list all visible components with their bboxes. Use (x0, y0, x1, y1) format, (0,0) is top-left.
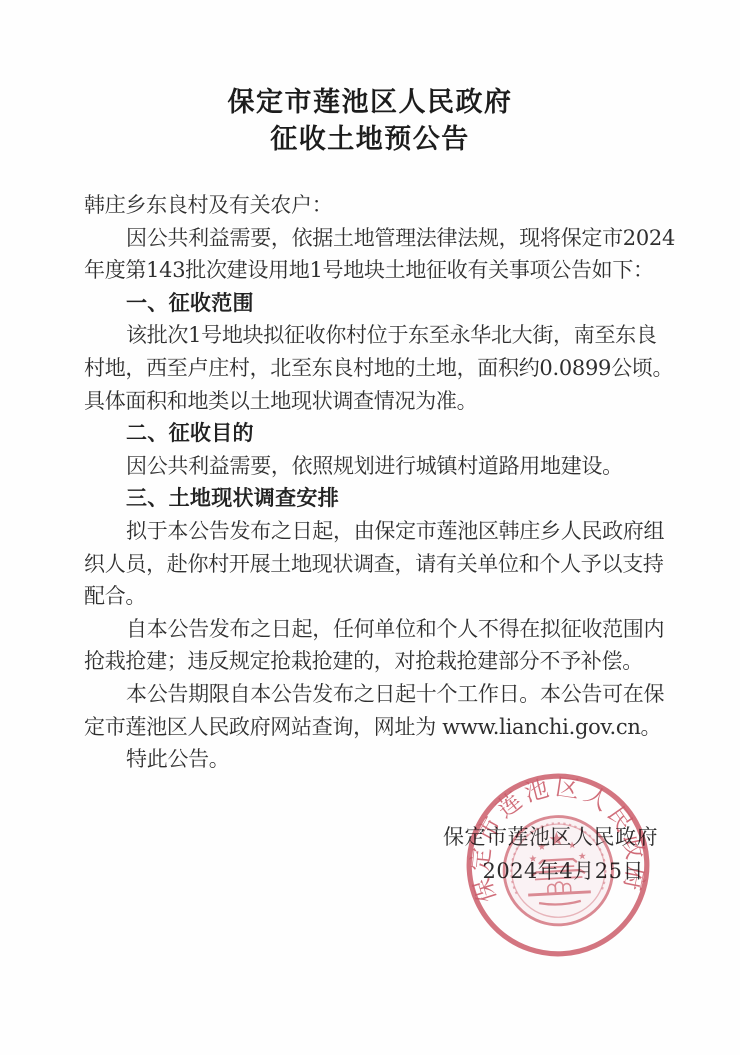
document-page: 保定市莲池区人民政府 征收土地预公告 韩庄乡东良村及有关农户： 因公共利益需要，… (0, 0, 740, 1055)
body-line: 织人员，赴你村开展土地现状调查，请有关单位和个人予以支持 (84, 548, 664, 581)
document-body: 韩庄乡东良村及有关农户： 因公共利益需要，依据土地管理法律法规，现将保定市202… (84, 189, 664, 776)
body-line: 特此公告。 (84, 743, 664, 776)
body-line: 拟于本公告发布之日起，由保定市莲池区韩庄乡人民政府组 (84, 515, 664, 548)
body-line: 具体面积和地类以土地现状调查情况为准。 (84, 385, 664, 418)
body-line: 因公共利益需要，依照规划进行城镇村道路用地建设。 (84, 450, 664, 483)
salutation-line: 韩庄乡东良村及有关农户： (84, 189, 664, 222)
section-heading: 三、土地现状调查安排 (84, 482, 664, 515)
title-line-1: 保定市莲池区人民政府 (0, 84, 740, 121)
body-line: 定市莲池区人民政府网站查询，网址为 www.lianchi.gov.cn。 (84, 711, 664, 744)
body-line: 自本公告发布之日起，任何单位和个人不得在拟征收范围内 (84, 613, 664, 646)
title-line-2: 征收土地预公告 (0, 121, 740, 158)
signature-date: 2024年4月25日 (482, 855, 644, 885)
body-line: 年度第143批次建设用地1号地块土地征收有关事项公告如下： (84, 254, 664, 287)
signature-issuer: 保定市莲池区人民政府 (443, 821, 658, 851)
body-line: 村地，西至卢庄村，北至东良村地的土地，面积约0.0899公顷。 (84, 352, 664, 385)
section-heading: 二、征收目的 (84, 417, 664, 450)
body-line: 该批次1号地块拟征收你村位于东至永华北大街，南至东良 (84, 319, 664, 352)
section-heading: 一、征收范围 (84, 287, 664, 320)
body-line: 配合。 (84, 580, 664, 613)
body-line: 抢栽抢建；违反规定抢栽抢建的，对抢栽抢建部分不予补偿。 (84, 645, 664, 678)
document-title: 保定市莲池区人民政府 征收土地预公告 (0, 84, 740, 158)
body-line: 因公共利益需要，依据土地管理法律法规，现将保定市2024 (84, 222, 664, 255)
body-line: 本公告期限自本公告发布之日起十个工作日。本公告可在保 (84, 678, 664, 711)
